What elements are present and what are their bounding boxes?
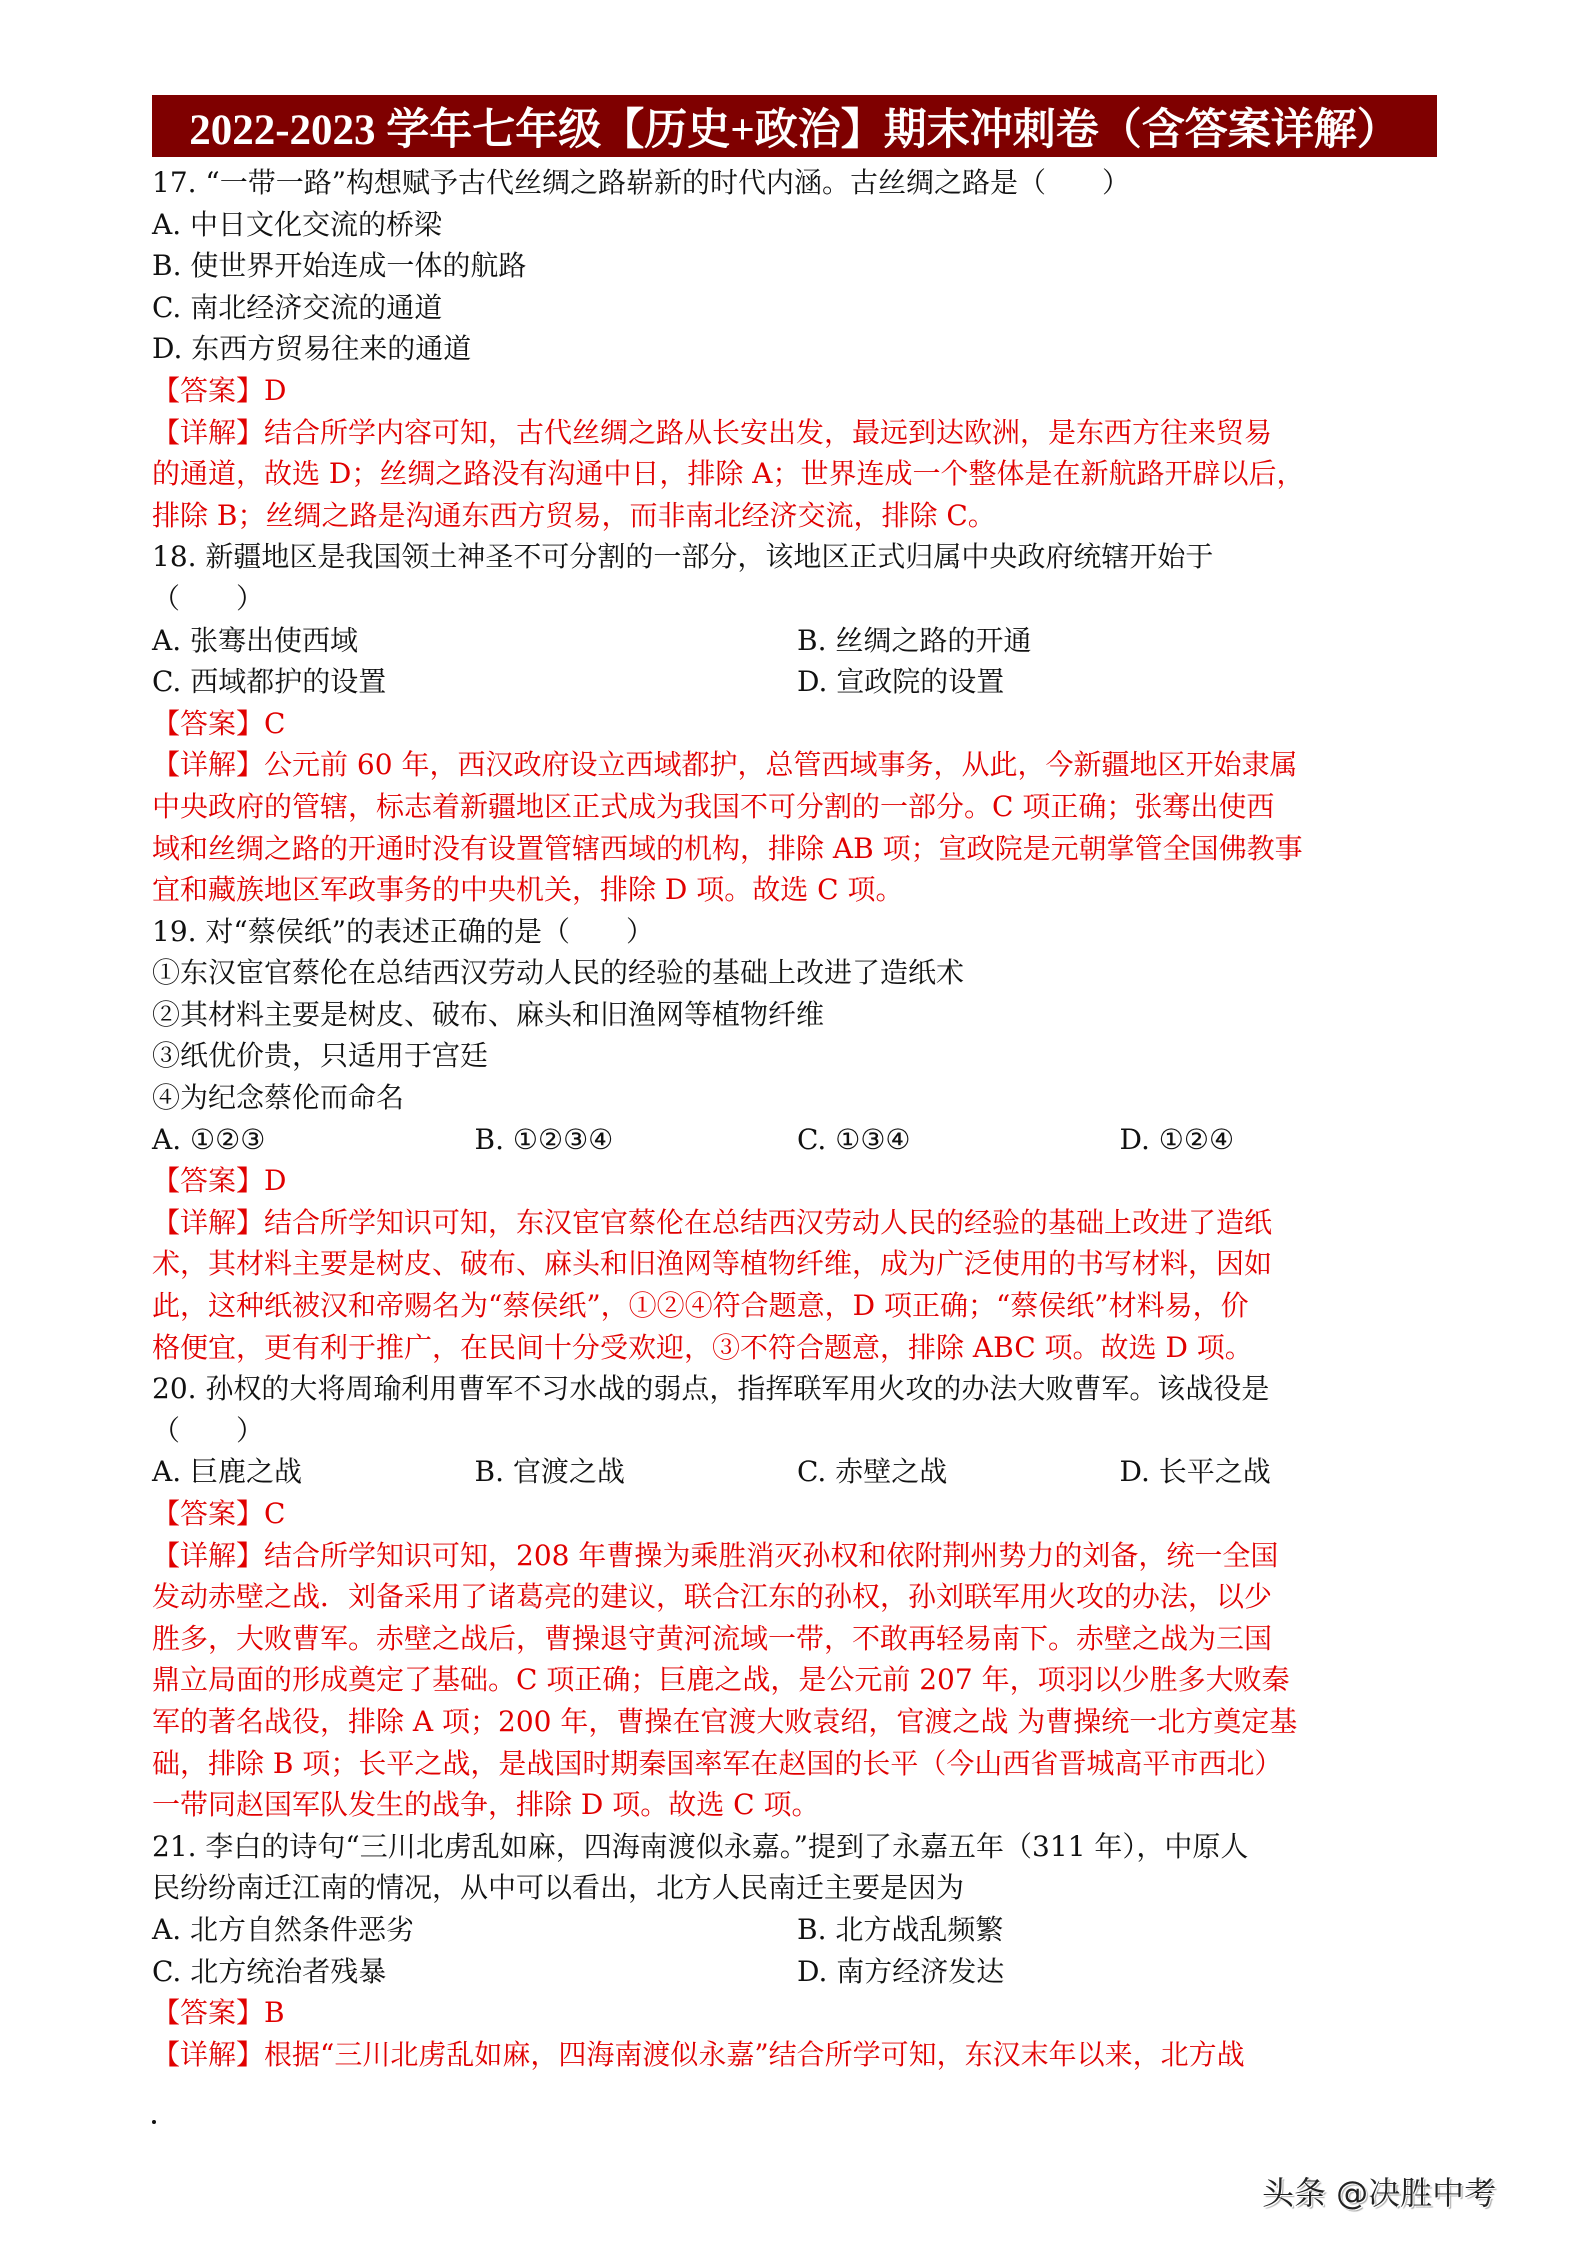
question-stem: 21. 李白的诗句“三川北虏乱如麻，四海南渡似永嘉。”提到了永嘉五年（311 年…: [152, 1826, 1442, 1868]
option-d: D. 南方经济发达: [797, 1951, 1442, 1993]
option-c: C. 赤壁之战: [797, 1451, 1120, 1493]
answer-value: B: [264, 1996, 285, 2029]
explanation-line: 础，排除 B 项；长平之战，是战国时期秦国率军在赵国的长平（今山西省晋城高平市西…: [152, 1743, 1442, 1785]
question-stem-bracket: （ ）: [152, 578, 1442, 620]
question-stem-cont: 民纷纷南迁江南的情况，从中可以看出，北方人民南迁主要是因为: [152, 1867, 1442, 1909]
question-20: 20. 孙权的大将周瑜利用曹军不习水战的弱点，指挥联军用火攻的办法大败曹军。该战…: [152, 1368, 1442, 1826]
answer-line: 【答案】C: [152, 1493, 1442, 1535]
document-title-banner: 2022-2023 学年七年级【历史+政治】期末冲刺卷（含答案详解）: [152, 95, 1437, 157]
explanation-line: 中央政府的管辖，标志着新疆地区正式成为我国不可分割的一部分。C 项正确；张骞出使…: [152, 786, 1442, 828]
answer-tag: 【答案】: [152, 1497, 264, 1530]
answer-tag: 【答案】: [152, 1164, 264, 1197]
answer-line: 【答案】C: [152, 703, 1442, 745]
statement-2: ②其材料主要是树皮、破布、麻头和旧渔网等植物纤维: [152, 994, 1442, 1036]
option-c: C. ①③④: [797, 1119, 1120, 1161]
explanation-line: 【详解】结合所学知识可知，东汉宦官蔡伦在总结西汉劳动人民的经验的基础上改进了造纸: [152, 1202, 1442, 1244]
explanation-line: 一带同赵国军队发生的战争，排除 D 项。故选 C 项。: [152, 1784, 1442, 1826]
explanation-line: 【详解】结合所学知识可知，208 年曹操为乘胜消灭孙权和依附荆州势力的刘备，统一…: [152, 1535, 1442, 1577]
explanation-line: 此，这种纸被汉和帝赐名为“蔡侯纸”，①②④符合题意，D 项正确；“蔡侯纸”材料易…: [152, 1285, 1442, 1327]
option-a: A. ①②③: [152, 1119, 475, 1161]
options-row: A. 巨鹿之战 B. 官渡之战 C. 赤壁之战 D. 长平之战: [152, 1451, 1442, 1493]
options-row: A. 张骞出使西域 B. 丝绸之路的开通: [152, 620, 1442, 662]
answer-tag: 【答案】: [152, 374, 264, 407]
explain-tag: 【详解】: [152, 2038, 264, 2071]
option-d: D. 长平之战: [1120, 1451, 1443, 1493]
option-d: D. ①②④: [1120, 1119, 1443, 1161]
question-21: 21. 李白的诗句“三川北虏乱如麻，四海南渡似永嘉。”提到了永嘉五年（311 年…: [152, 1826, 1442, 2076]
page-footer-dot: [152, 2120, 156, 2124]
option-a: A. 巨鹿之战: [152, 1451, 475, 1493]
question-stem: 18. 新疆地区是我国领土神圣不可分割的一部分，该地区正式归属中央政府统辖开始于: [152, 536, 1442, 578]
answer-value: D: [264, 374, 286, 407]
option-a: A. 中日文化交流的桥梁: [152, 204, 1442, 246]
option-a: A. 张骞出使西域: [152, 620, 797, 662]
explanation-line: 的通道，故选 D；丝绸之路没有沟通中日，排除 A；世界连成一个整体是在新航路开辟…: [152, 453, 1442, 495]
option-b: B. 丝绸之路的开通: [797, 620, 1442, 662]
question-list: 17. “一带一路”构想赋予古代丝绸之路崭新的时代内涵。古丝绸之路是（ ） A.…: [152, 162, 1442, 2075]
question-18: 18. 新疆地区是我国领土神圣不可分割的一部分，该地区正式归属中央政府统辖开始于…: [152, 536, 1442, 910]
question-stem: 19. 对“蔡侯纸”的表述正确的是（ ）: [152, 911, 1442, 953]
document-title: 2022-2023 学年七年级【历史+政治】期末冲刺卷（含答案详解）: [189, 96, 1400, 157]
statement-3: ③纸优价贵，只适用于宫廷: [152, 1035, 1442, 1077]
source-watermark: 头条 @决胜中考: [1262, 2168, 1496, 2214]
explanation-line: 术，其材料主要是树皮、破布、麻头和旧渔网等植物纤维，成为广泛使用的书写材料，因如: [152, 1243, 1442, 1285]
answer-value: C: [264, 707, 285, 740]
answer-value: C: [264, 1497, 285, 1530]
explanation-line: 宜和藏族地区军政事务的中央机关，排除 D 项。故选 C 项。: [152, 869, 1442, 911]
options-row: A. ①②③ B. ①②③④ C. ①③④ D. ①②④: [152, 1119, 1442, 1161]
answer-tag: 【答案】: [152, 707, 264, 740]
option-b: B. 使世界开始连成一体的航路: [152, 245, 1442, 287]
options-row: C. 西域都护的设置 D. 宣政院的设置: [152, 661, 1442, 703]
statement-1: ①东汉宦官蔡伦在总结西汉劳动人民的经验的基础上改进了造纸术: [152, 952, 1442, 994]
answer-line: 【答案】D: [152, 370, 1442, 412]
answer-tag: 【答案】: [152, 1996, 264, 2029]
explanation-line: 排除 B；丝绸之路是沟通东西方贸易，而非南北经济交流，排除 C。: [152, 495, 1442, 537]
answer-line: 【答案】B: [152, 1992, 1442, 2034]
statement-4: ④为纪念蔡伦而命名: [152, 1077, 1442, 1119]
question-stem: 17. “一带一路”构想赋予古代丝绸之路崭新的时代内涵。古丝绸之路是（ ）: [152, 162, 1442, 204]
answer-line: 【答案】D: [152, 1160, 1442, 1202]
explanation-line: 鼎立局面的形成奠定了基础。C 项正确；巨鹿之战，是公元前 207 年，项羽以少胜…: [152, 1659, 1442, 1701]
explain-tag: 【详解】: [152, 416, 264, 449]
options-row: C. 北方统治者残暴 D. 南方经济发达: [152, 1951, 1442, 1993]
option-b: B. 官渡之战: [475, 1451, 798, 1493]
option-c: C. 北方统治者残暴: [152, 1951, 797, 1993]
explanation-line: 【详解】公元前 60 年，西汉政府设立西域都护，总管西域事务，从此，今新疆地区开…: [152, 744, 1442, 786]
explanation-line: 军的著名战役，排除 A 项；200 年，曹操在官渡大败袁绍，官渡之战 为曹操统一…: [152, 1701, 1442, 1743]
explanation-line: 【详解】根据“三川北虏乱如麻，四海南渡似永嘉”结合所学可知，东汉末年以来，北方战: [152, 2034, 1442, 2076]
answer-value: D: [264, 1164, 286, 1197]
option-b: B. ①②③④: [475, 1119, 798, 1161]
explanation-line: 发动赤壁之战．刘备采用了诸葛亮的建议，联合江东的孙权，孙刘联军用火攻的办法，以少: [152, 1576, 1442, 1618]
option-d: D. 东西方贸易往来的通道: [152, 328, 1442, 370]
explanation-line: 域和丝绸之路的开通时没有设置管辖西域的机构，排除 AB 项；宣政院是元朝掌管全国…: [152, 828, 1442, 870]
options-row: A. 北方自然条件恶劣 B. 北方战乱频繁: [152, 1909, 1442, 1951]
question-19: 19. 对“蔡侯纸”的表述正确的是（ ） ①东汉宦官蔡伦在总结西汉劳动人民的经验…: [152, 911, 1442, 1369]
option-c: C. 南北经济交流的通道: [152, 287, 1442, 329]
question-stem-bracket: （ ）: [152, 1410, 1442, 1452]
option-c: C. 西域都护的设置: [152, 661, 797, 703]
explain-tag: 【详解】: [152, 1206, 264, 1239]
explanation-line: 【详解】结合所学内容可知，古代丝绸之路从长安出发，最远到达欧洲，是东西方往来贸易: [152, 412, 1442, 454]
explain-tag: 【详解】: [152, 748, 264, 781]
explanation-line: 格便宜，更有利于推广，在民间十分受欢迎，③不符合题意，排除 ABC 项。故选 D…: [152, 1327, 1442, 1369]
option-a: A. 北方自然条件恶劣: [152, 1909, 797, 1951]
explanation-line: 胜多，大败曹军。赤壁之战后，曹操退守黄河流域一带，不敢再轻易南下。赤壁之战为三国: [152, 1618, 1442, 1660]
option-d: D. 宣政院的设置: [797, 661, 1442, 703]
question-stem: 20. 孙权的大将周瑜利用曹军不习水战的弱点，指挥联军用火攻的办法大败曹军。该战…: [152, 1368, 1442, 1410]
question-17: 17. “一带一路”构想赋予古代丝绸之路崭新的时代内涵。古丝绸之路是（ ） A.…: [152, 162, 1442, 536]
explain-tag: 【详解】: [152, 1539, 264, 1572]
option-b: B. 北方战乱频繁: [797, 1909, 1442, 1951]
